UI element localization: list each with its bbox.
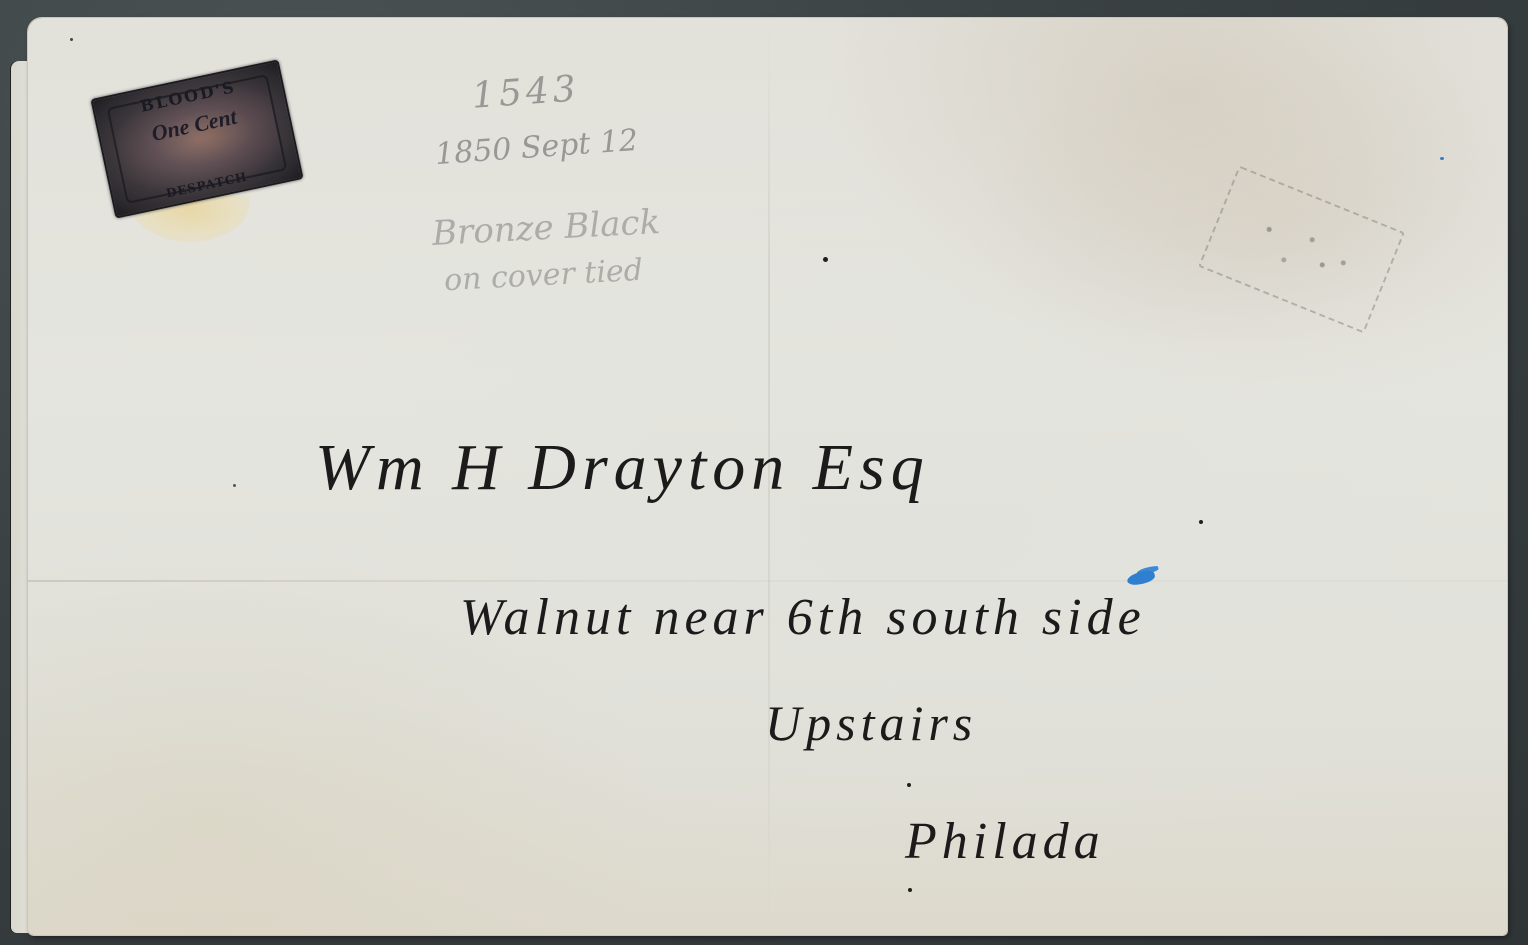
ink-speck xyxy=(823,257,828,262)
ink-speck xyxy=(233,484,236,487)
ink-speck xyxy=(1199,520,1203,524)
horizontal-fold-line xyxy=(28,580,1507,582)
blue-speck xyxy=(1440,157,1444,160)
ink-speck xyxy=(70,38,73,41)
address-recipient: Wm H Drayton Esq xyxy=(315,430,930,506)
ink-speck xyxy=(907,783,911,787)
address-street: Walnut near 6th south side xyxy=(460,588,1146,647)
address-city: Philada xyxy=(905,812,1105,871)
ink-speck xyxy=(908,888,912,892)
address-floor: Upstairs xyxy=(765,694,977,752)
handstamp-impression xyxy=(1231,196,1371,303)
pencil-catalog-number: 1543 xyxy=(471,68,581,116)
